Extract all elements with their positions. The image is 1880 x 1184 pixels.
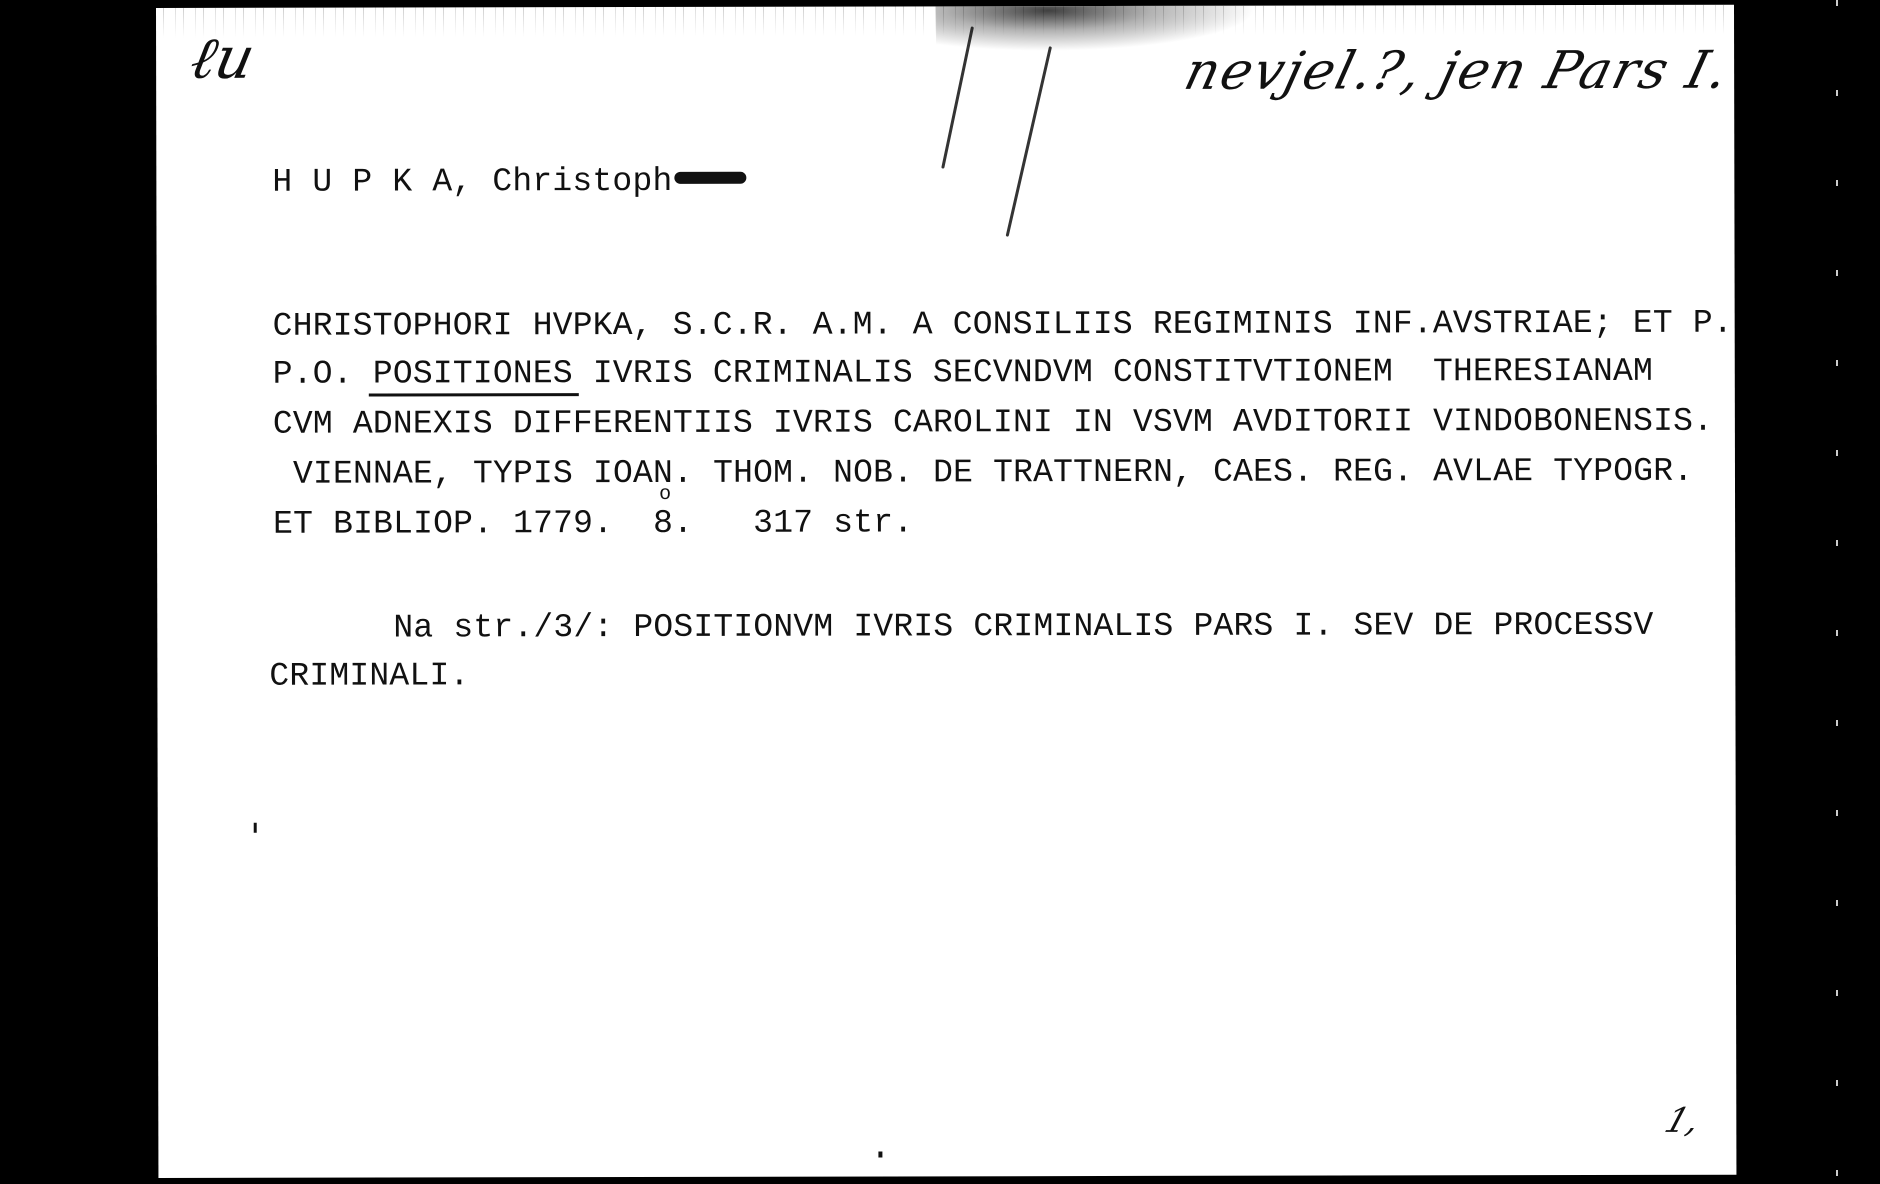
underlined-keyword: POSITIONES bbox=[373, 357, 573, 390]
format-octavo: 8.o bbox=[653, 507, 693, 540]
catalog-card: ℓu nevjel.?, jen Pars I. H U P K A, Chri… bbox=[156, 5, 1736, 1178]
redaction-mark bbox=[674, 172, 746, 184]
author-heading: H U P K A, Christoph bbox=[272, 165, 746, 199]
title-line-2-prefix: P.O. bbox=[273, 356, 373, 393]
author-name: H U P K A, Christoph bbox=[272, 163, 672, 201]
title-line-1: CHRISTOPHORI HVPKA, S.C.R. A.M. A CONSIL… bbox=[273, 307, 1733, 343]
title-line-4: VIENNAE, TYPIS IOAN. THOM. NOB. DE TRATT… bbox=[273, 455, 1693, 491]
note-line-1: Na str./3/: POSITIONVM IVRIS CRIMINALIS … bbox=[273, 609, 1653, 645]
title-line-3: CVM ADNEXIS DIFFERENTIIS IVRIS CAROLINI … bbox=[273, 405, 1713, 441]
note-line-2: CRIMINALI. bbox=[269, 659, 469, 692]
handwritten-card-number: 1, bbox=[1660, 1101, 1705, 1141]
scanner-edge-artifact bbox=[1836, 0, 1838, 1184]
handwritten-initial: ℓu bbox=[185, 24, 261, 92]
title-line-2: P.O. POSITIONES IVRIS CRIMINALIS SECVNDV… bbox=[273, 355, 1653, 391]
title-line-2-rest: IVRIS CRIMINALIS SECVNDVM CONSTITVTIONEM… bbox=[573, 353, 1653, 392]
format-superscript: o bbox=[659, 485, 671, 505]
scratch-mark bbox=[1006, 46, 1052, 237]
format-number: 8. bbox=[653, 505, 693, 542]
handwritten-annotation: nevjel.?, jen Pars I. bbox=[1179, 41, 1736, 102]
scan-speck bbox=[254, 823, 257, 833]
imprint-line: ET BIBLIOP. 1779. 8.o 317 str. bbox=[273, 506, 913, 540]
scan-speck bbox=[878, 1151, 882, 1157]
page-count: 317 str. bbox=[693, 504, 913, 541]
imprint-year: ET BIBLIOP. 1779. bbox=[273, 505, 653, 543]
